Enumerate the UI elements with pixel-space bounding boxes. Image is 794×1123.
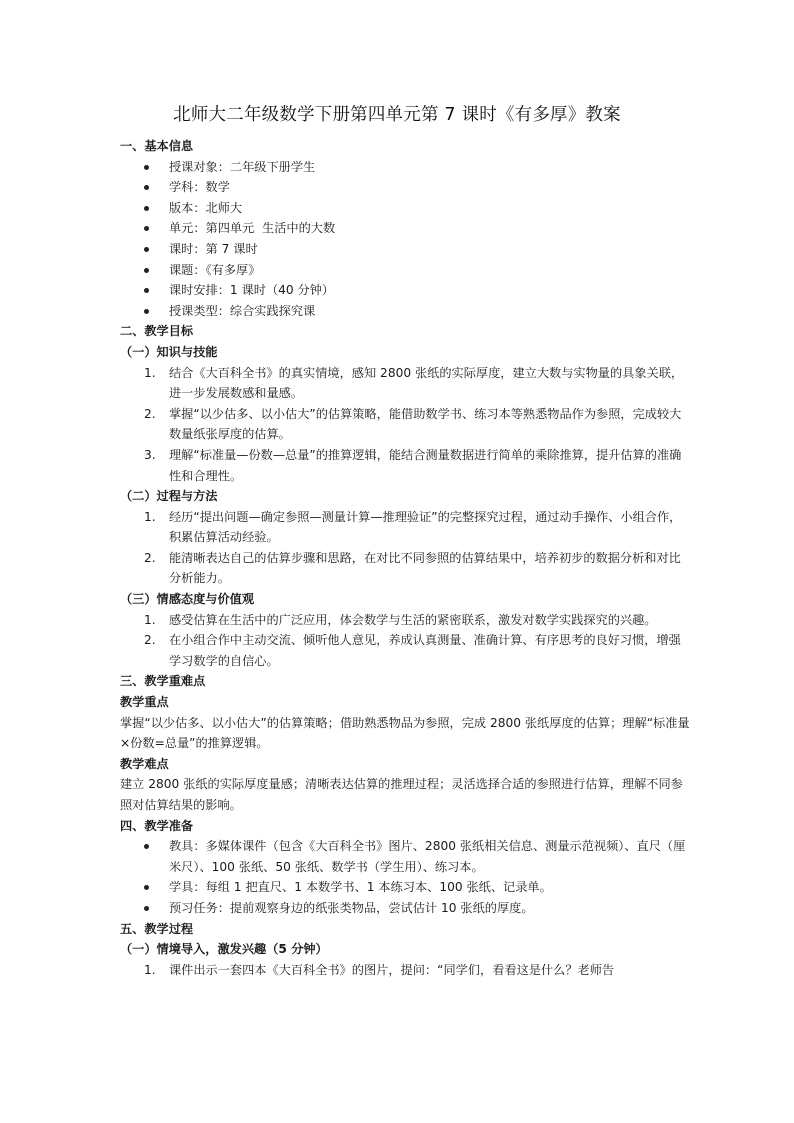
list-item: 教具：多媒体课件（包含《大百科全书》图片、2800 张纸相关信息、测量示范视频）… (120, 836, 690, 877)
list-item: 版本：北师大 (120, 198, 690, 219)
difficulty-heading: 教学难点 (120, 754, 690, 775)
list-item: 2.能清晰表达自己的估算步骤和思路，在对比不同参照的估算结果中，培养初步的数据分… (120, 548, 690, 589)
list-item: 授课类型：综合实践探究课 (120, 301, 690, 322)
list-item: 2.在小组合作中主动交流、倾听他人意见，养成认真测量、准确计算、有序思考的良好习… (120, 630, 690, 671)
list-number: 1. (144, 507, 156, 528)
bullet-icon (144, 185, 149, 190)
list-item: 课题：《有多厚》 (120, 260, 690, 281)
bullet-icon (144, 247, 149, 252)
list-item: 单元：第四单元 生活中的大数 (120, 218, 690, 239)
section-heading-objectives: 二、教学目标 (120, 321, 690, 342)
list-number: 2. (144, 548, 156, 569)
section-heading-key-points: 三、教学重难点 (120, 671, 690, 692)
bullet-icon (144, 309, 149, 314)
list-item: 1.课件出示一套四本《大百科全书》的图片，提问：“同学们，看看这是什么？老师告 (120, 960, 690, 981)
focus-heading: 教学重点 (120, 692, 690, 713)
list-number: 2. (144, 404, 156, 425)
subheading-process-method: （二）过程与方法 (120, 486, 690, 507)
list-number: 2. (144, 630, 156, 651)
document-page: 北师大二年级数学下册第四单元第 7 课时《有多厚》教案 一、基本信息 授课对象：… (0, 0, 794, 1123)
list-item: 1.感受估算在生活中的广泛应用，体会数学与生活的紧密联系，激发对数学实践探究的兴… (120, 610, 690, 631)
list-item: 课时安排：1 课时（40 分钟） (120, 280, 690, 301)
list-item: 授课对象：二年级下册学生 (120, 157, 690, 178)
bullet-icon (144, 165, 149, 170)
section-heading-basic-info: 一、基本信息 (120, 136, 690, 157)
bullet-icon (144, 288, 149, 293)
subheading-emotion-values: （三）情感态度与价值观 (120, 589, 690, 610)
list-item: 1.结合《大百科全书》的真实情境，感知 2800 张纸的实际厚度，建立大数与实物… (120, 363, 690, 404)
list-number: 1. (144, 363, 156, 384)
section-heading-preparation: 四、教学准备 (120, 816, 690, 837)
basic-info-list: 授课对象：二年级下册学生 学科：数学 版本：北师大 单元：第四单元 生活中的大数… (120, 157, 690, 322)
knowledge-list: 1.结合《大百科全书》的真实情境，感知 2800 张纸的实际厚度，建立大数与实物… (120, 363, 690, 487)
list-item: 3.理解“标准量—份数—总量”的推算逻辑，能结合测量数据进行简单的乘除推算，提升… (120, 445, 690, 486)
difficulty-text: 建立 2800 张纸的实际厚度量感；清晰表达估算的推理过程；灵活选择合适的参照进… (120, 774, 690, 815)
subheading-knowledge: （一）知识与技能 (120, 342, 690, 363)
list-item: 课时：第 7 课时 (120, 239, 690, 260)
section-heading-process: 五、教学过程 (120, 919, 690, 940)
document-title: 北师大二年级数学下册第四单元第 7 课时《有多厚》教案 (0, 103, 794, 127)
document-body: 一、基本信息 授课对象：二年级下册学生 学科：数学 版本：北师大 单元：第四单元… (120, 136, 690, 980)
list-item: 2.掌握“以少估多、以小估大”的估算策略，能借助数学书、练习本等熟悉物品作为参照… (120, 404, 690, 445)
bullet-icon (144, 226, 149, 231)
list-number: 3. (144, 445, 156, 466)
emotion-values-list: 1.感受估算在生活中的广泛应用，体会数学与生活的紧密联系，激发对数学实践探究的兴… (120, 610, 690, 672)
list-number: 1. (144, 960, 156, 981)
bullet-icon (144, 206, 149, 211)
bullet-icon (144, 906, 149, 911)
focus-text: 掌握“以少估多、以小估大”的估算策略；借助熟悉物品为参照，完成 2800 张纸厚… (120, 713, 690, 754)
bullet-icon (144, 844, 149, 849)
list-item: 学科：数学 (120, 177, 690, 198)
subheading-intro: （一）情境导入，激发兴趣（5 分钟） (120, 939, 690, 960)
list-item: 预习任务：提前观察身边的纸张类物品，尝试估计 10 张纸的厚度。 (120, 898, 690, 919)
bullet-icon (144, 885, 149, 890)
preparation-list: 教具：多媒体课件（包含《大百科全书》图片、2800 张纸相关信息、测量示范视频）… (120, 836, 690, 918)
process-method-list: 1.经历“提出问题—确定参照—测量计算—推理验证”的完整探究过程，通过动手操作、… (120, 507, 690, 589)
list-item: 学具：每组 1 把直尺、1 本数学书、1 本练习本、100 张纸、记录单。 (120, 877, 690, 898)
list-number: 1. (144, 610, 156, 631)
intro-list: 1.课件出示一套四本《大百科全书》的图片，提问：“同学们，看看这是什么？老师告 (120, 960, 690, 981)
list-item: 1.经历“提出问题—确定参照—测量计算—推理验证”的完整探究过程，通过动手操作、… (120, 507, 690, 548)
bullet-icon (144, 268, 149, 273)
